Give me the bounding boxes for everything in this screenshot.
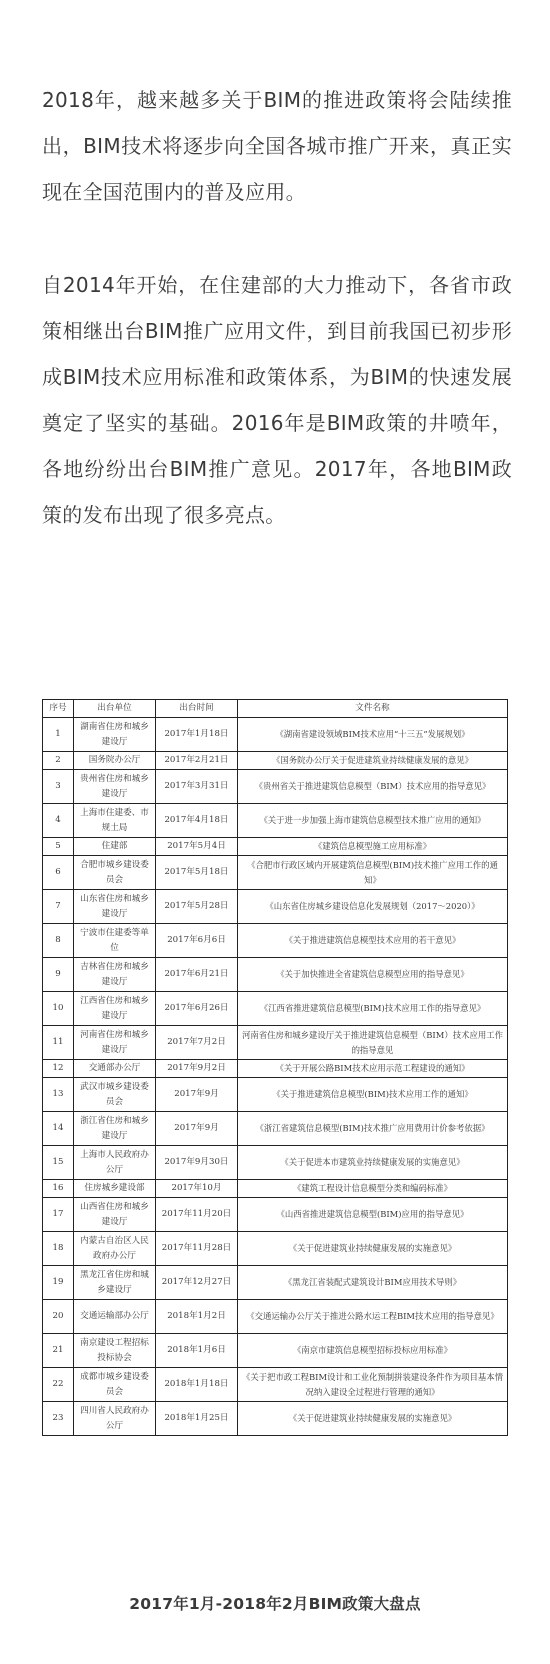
cell-no: 7: [43, 890, 74, 924]
table-row: 16住房城乡建设部2017年10月《建筑工程设计信息模型分类和编码标准》: [43, 1180, 508, 1198]
table-row: 4上海市住建委、市规土局2017年4月18日《关于进一步加强上海市建筑信息模型技…: [43, 804, 508, 838]
table-row: 19黑龙江省住房和城乡建设厅2017年12月27日《黑龙江省装配式建筑设计BIM…: [43, 1266, 508, 1300]
cell-no: 3: [43, 770, 74, 804]
cell-name: 《关于促进建筑业持续健康发展的实施意见》: [238, 1232, 508, 1266]
table-row: 12交通部办公厅2017年9月2日《关于开展公路BIM技术应用示范工程建设的通知…: [43, 1060, 508, 1078]
cell-name: 《湖南省建设领域BIM技术应用“十三五”发展规划》: [238, 718, 508, 752]
cell-no: 22: [43, 1368, 74, 1402]
table-row: 7山东省住房和城乡建设厅2017年5月28日《山东省住房城乡建设信息化发展规划（…: [43, 890, 508, 924]
cell-date: 2017年6月21日: [156, 958, 238, 992]
cell-name: 《浙江省建筑信息模型(BIM)技术推广应用费用计价参考依据》: [238, 1112, 508, 1146]
cell-no: 14: [43, 1112, 74, 1146]
cell-name: 《建筑信息模型施工应用标准》: [238, 838, 508, 856]
cell-no: 21: [43, 1334, 74, 1368]
cell-unit: 浙江省住房和城乡建设厅: [74, 1112, 156, 1146]
cell-name: 《关于推进建筑信息模型(BIM)技术应用工作的通知》: [238, 1078, 508, 1112]
cell-no: 9: [43, 958, 74, 992]
cell-name: 《山东省住房城乡建设信息化发展规划（2017～2020）》: [238, 890, 508, 924]
cell-date: 2018年1月18日: [156, 1368, 238, 1402]
cell-date: 2017年7月2日: [156, 1026, 238, 1060]
cell-date: 2017年5月18日: [156, 856, 238, 890]
header-name: 文件名称: [238, 700, 508, 718]
header-no: 序号: [43, 700, 74, 718]
cell-unit: 上海市人民政府办公厅: [74, 1146, 156, 1180]
cell-unit: 合肥市城乡建设委员会: [74, 856, 156, 890]
cell-name: 河南省住房和城乡建设厅关于推进建筑信息模型（BIM）技术应用工作的指导意见: [238, 1026, 508, 1060]
cell-name: 《关于促进建筑业持续健康发展的实施意见》: [238, 1402, 508, 1436]
cell-date: 2017年5月28日: [156, 890, 238, 924]
cell-no: 2: [43, 752, 74, 770]
table-row: 1湖南省住房和城乡建设厅2017年1月18日《湖南省建设领域BIM技术应用“十三…: [43, 718, 508, 752]
cell-unit: 南京建设工程招标投标协会: [74, 1334, 156, 1368]
cell-date: 2017年6月6日: [156, 924, 238, 958]
table-row: 6合肥市城乡建设委员会2017年5月18日《合肥市行政区域内开展建筑信息模型(B…: [43, 856, 508, 890]
cell-no: 19: [43, 1266, 74, 1300]
cell-date: 2017年2月21日: [156, 752, 238, 770]
table-row: 3贵州省住房和城乡建设厅2017年3月31日《贵州省关于推进建筑信息模型（BIM…: [43, 770, 508, 804]
cell-no: 18: [43, 1232, 74, 1266]
cell-name: 《关于加快推进全省建筑信息模型应用的指导意见》: [238, 958, 508, 992]
cell-no: 4: [43, 804, 74, 838]
cell-no: 15: [43, 1146, 74, 1180]
table-row: 23四川省人民政府办公厅2018年1月25日《关于促进建筑业持续健康发展的实施意…: [43, 1402, 508, 1436]
cell-no: 20: [43, 1300, 74, 1334]
cell-date: 2017年9月: [156, 1112, 238, 1146]
table-row: 9吉林省住房和城乡建设厅2017年6月21日《关于加快推进全省建筑信息模型应用的…: [43, 958, 508, 992]
cell-no: 1: [43, 718, 74, 752]
cell-unit: 内蒙古自治区人民政府办公厅: [74, 1232, 156, 1266]
table-row: 10江西省住房和城乡建设厅2017年6月26日《江西省推进建筑信息模型(BIM)…: [43, 992, 508, 1026]
cell-unit: 交通运输部办公厅: [74, 1300, 156, 1334]
cell-no: 12: [43, 1060, 74, 1078]
cell-date: 2017年4月18日: [156, 804, 238, 838]
cell-date: 2017年11月20日: [156, 1198, 238, 1232]
cell-name: 《关于把市政工程BIM设计和工业化预制拼装建设条件作为项目基本情况纳入建设全过程…: [238, 1368, 508, 1402]
cell-no: 23: [43, 1402, 74, 1436]
cell-unit: 住房城乡建设部: [74, 1180, 156, 1198]
cell-no: 13: [43, 1078, 74, 1112]
table-row: 20交通运输部办公厅2018年1月2日《交通运输办公厅关于推进公路水运工程BIM…: [43, 1300, 508, 1334]
cell-unit: 交通部办公厅: [74, 1060, 156, 1078]
cell-unit: 湖南省住房和城乡建设厅: [74, 718, 156, 752]
cell-unit: 贵州省住房和城乡建设厅: [74, 770, 156, 804]
cell-name: 《合肥市行政区域内开展建筑信息模型(BIM)技术推广应用工作的通知》: [238, 856, 508, 890]
cell-no: 5: [43, 838, 74, 856]
cell-unit: 宁波市住建委等单位: [74, 924, 156, 958]
cell-date: 2017年5月4日: [156, 838, 238, 856]
cell-unit: 住建部: [74, 838, 156, 856]
table-row: 22成都市城乡建设委员会2018年1月18日《关于把市政工程BIM设计和工业化预…: [43, 1368, 508, 1402]
cell-no: 8: [43, 924, 74, 958]
cell-name: 《南京市建筑信息模型招标投标应用标准》: [238, 1334, 508, 1368]
cell-name: 《关于促进本市建筑业持续健康发展的实施意见》: [238, 1146, 508, 1180]
cell-name: 《江西省推进建筑信息模型(BIM)技术应用工作的指导意见》: [238, 992, 508, 1026]
bim-policy-table: 序号 出台单位 出台时间 文件名称 1湖南省住房和城乡建设厅2017年1月18日…: [42, 699, 508, 1436]
cell-name: 《国务院办公厅关于促进建筑业持续健康发展的意见》: [238, 752, 508, 770]
cell-unit: 国务院办公厅: [74, 752, 156, 770]
cell-unit: 四川省人民政府办公厅: [74, 1402, 156, 1436]
cell-unit: 成都市城乡建设委员会: [74, 1368, 156, 1402]
cell-no: 17: [43, 1198, 74, 1232]
cell-name: 《山西省推进建筑信息模型(BIM)应用的指导意见》: [238, 1198, 508, 1232]
cell-name: 《交通运输办公厅关于推进公路水运工程BIM技术应用的指导意见》: [238, 1300, 508, 1334]
intro-paragraph-2: 自2014年开始，在住建部的大力推动下，各省市政策相继出台BIM推广应用文件，到…: [42, 262, 512, 538]
cell-date: 2017年3月31日: [156, 770, 238, 804]
table-row: 21南京建设工程招标投标协会2018年1月6日《南京市建筑信息模型招标投标应用标…: [43, 1334, 508, 1368]
cell-unit: 山东省住房和城乡建设厅: [74, 890, 156, 924]
cell-name: 《贵州省关于推进建筑信息模型（BIM）技术应用的指导意见》: [238, 770, 508, 804]
cell-date: 2018年1月2日: [156, 1300, 238, 1334]
cell-no: 11: [43, 1026, 74, 1060]
table-row: 13武汉市城乡建设委员会2017年9月《关于推进建筑信息模型(BIM)技术应用工…: [43, 1078, 508, 1112]
cell-date: 2018年1月6日: [156, 1334, 238, 1368]
table-row: 14浙江省住房和城乡建设厅2017年9月《浙江省建筑信息模型(BIM)技术推广应…: [43, 1112, 508, 1146]
bim-policy-table-image: 序号 出台单位 出台时间 文件名称 1湖南省住房和城乡建设厅2017年1月18日…: [42, 699, 507, 1436]
cell-name: 《黑龙江省装配式建筑设计BIM应用技术导则》: [238, 1266, 508, 1300]
cell-unit: 上海市住建委、市规土局: [74, 804, 156, 838]
cell-date: 2017年1月18日: [156, 718, 238, 752]
table-row: 17山西省住房和城乡建设厅2017年11月20日《山西省推进建筑信息模型(BIM…: [43, 1198, 508, 1232]
cell-date: 2017年9月30日: [156, 1146, 238, 1180]
cell-no: 10: [43, 992, 74, 1026]
header-unit: 出台单位: [74, 700, 156, 718]
cell-unit: 河南省住房和城乡建设厅: [74, 1026, 156, 1060]
cell-unit: 黑龙江省住房和城乡建设厅: [74, 1266, 156, 1300]
cell-date: 2018年1月25日: [156, 1402, 238, 1436]
cell-name: 《关于推进建筑信息模型技术应用的若干意见》: [238, 924, 508, 958]
cell-unit: 山西省住房和城乡建设厅: [74, 1198, 156, 1232]
cell-date: 2017年10月: [156, 1180, 238, 1198]
table-row: 8宁波市住建委等单位2017年6月6日《关于推进建筑信息模型技术应用的若干意见》: [43, 924, 508, 958]
cell-unit: 吉林省住房和城乡建设厅: [74, 958, 156, 992]
cell-date: 2017年12月27日: [156, 1266, 238, 1300]
cell-date: 2017年9月: [156, 1078, 238, 1112]
intro-paragraph-1: 2018年，越来越多关于BIM的推进政策将会陆续推出，BIM技术将逐步向全国各城…: [42, 77, 512, 215]
cell-date: 2017年6月26日: [156, 992, 238, 1026]
table-row: 15上海市人民政府办公厅2017年9月30日《关于促进本市建筑业持续健康发展的实…: [43, 1146, 508, 1180]
cell-name: 《关于进一步加强上海市建筑信息模型技术推广应用的通知》: [238, 804, 508, 838]
cell-no: 16: [43, 1180, 74, 1198]
cell-date: 2017年11月28日: [156, 1232, 238, 1266]
table-row: 18内蒙古自治区人民政府办公厅2017年11月28日《关于促进建筑业持续健康发展…: [43, 1232, 508, 1266]
cell-name: 《建筑工程设计信息模型分类和编码标准》: [238, 1180, 508, 1198]
table-row: 5住建部2017年5月4日《建筑信息模型施工应用标准》: [43, 838, 508, 856]
cell-name: 《关于开展公路BIM技术应用示范工程建设的通知》: [238, 1060, 508, 1078]
cell-unit: 武汉市城乡建设委员会: [74, 1078, 156, 1112]
table-caption: 2017年1月-2018年2月BIM政策大盘点: [0, 1592, 550, 1614]
table-header-row: 序号 出台单位 出台时间 文件名称: [43, 700, 508, 718]
cell-date: 2017年9月2日: [156, 1060, 238, 1078]
header-date: 出台时间: [156, 700, 238, 718]
cell-no: 6: [43, 856, 74, 890]
table-row: 11河南省住房和城乡建设厅2017年7月2日河南省住房和城乡建设厅关于推进建筑信…: [43, 1026, 508, 1060]
table-row: 2国务院办公厅2017年2月21日《国务院办公厅关于促进建筑业持续健康发展的意见…: [43, 752, 508, 770]
cell-unit: 江西省住房和城乡建设厅: [74, 992, 156, 1026]
